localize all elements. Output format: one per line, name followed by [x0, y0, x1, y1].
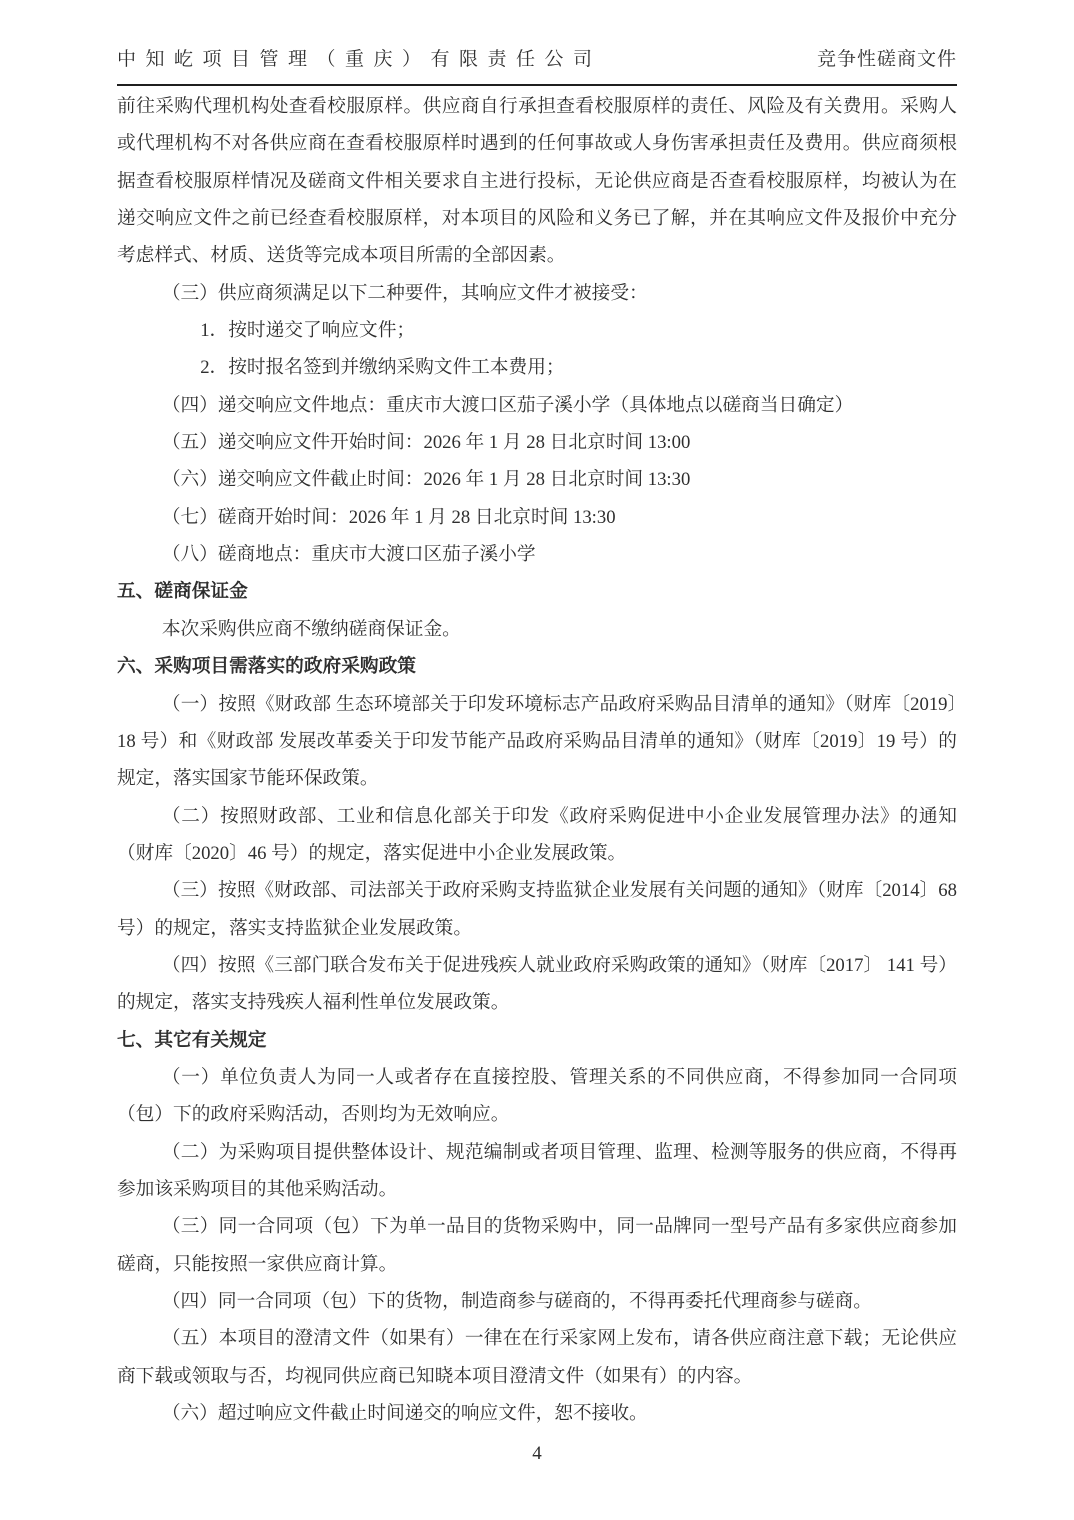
document-page: 中知屹项目管理（重庆）有限责任公司 竞争性磋商文件 前往采购代理机构处查看校服原…: [0, 0, 1074, 1520]
paragraph: （六）递交响应文件截止时间：2026 年 1 月 28 日北京时间 13:30: [117, 461, 957, 498]
paragraph: （五）递交响应文件开始时间：2026 年 1 月 28 日北京时间 13:00: [117, 424, 957, 461]
paragraph: （三）按照《财政部、司法部关于政府采购支持监狱企业发展有关问题的通知》（财库〔2…: [117, 872, 957, 947]
paragraph: （四）按照《三部门联合发布关于促进残疾人就业政府采购政策的通知》（财库〔2017…: [117, 947, 957, 1022]
paragraph: （六）超过响应文件截止时间递交的响应文件，恕不接收。: [117, 1395, 957, 1432]
header-document-type: 竞争性磋商文件: [817, 44, 957, 71]
paragraph: （四）递交响应文件地点：重庆市大渡口区茄子溪小学（具体地点以磋商当日确定）: [117, 387, 957, 424]
paragraph: （一）单位负责人为同一人或者存在直接控股、管理关系的不同供应商，不得参加同一合同…: [117, 1059, 957, 1134]
section-heading: 五、磋商保证金: [117, 573, 957, 610]
document-body: 前往采购代理机构处查看校服原样。供应商自行承担查看校服原样的责任、风险及有关费用…: [117, 88, 957, 1432]
paragraph: （五）本项目的澄清文件（如果有）一律在在行采家网上发布，请各供应商注意下载；无论…: [117, 1320, 957, 1395]
paragraph: （四）同一合同项（包）下的货物，制造商参与磋商的，不得再委托代理商参与磋商。: [117, 1283, 957, 1320]
paragraph: 本次采购供应商不缴纳磋商保证金。: [117, 611, 957, 648]
section-heading: 六、采购项目需落实的政府采购政策: [117, 648, 957, 685]
paragraph: （三）同一合同项（包）下为单一品目的货物采购中，同一品牌同一型号产品有多家供应商…: [117, 1208, 957, 1283]
paragraph: （七）磋商开始时间：2026 年 1 月 28 日北京时间 13:30: [117, 499, 957, 536]
paragraph: （一）按照《财政部 生态环境部关于印发环境标志产品政府采购品目清单的通知》（财库…: [117, 686, 957, 798]
paragraph: （三）供应商须满足以下二种要件，其响应文件才被接受：: [117, 275, 957, 312]
page-number: 4: [0, 1440, 1074, 1468]
paragraph: 2．按时报名签到并缴纳采购文件工本费用；: [117, 349, 957, 386]
paragraph: （二）为采购项目提供整体设计、规范编制或者项目管理、监理、检测等服务的供应商，不…: [117, 1134, 957, 1209]
paragraph: （八）磋商地点：重庆市大渡口区茄子溪小学: [117, 536, 957, 573]
paragraph: 1．按时递交了响应文件；: [117, 312, 957, 349]
paragraph: （二）按照财政部、工业和信息化部关于印发《政府采购促进中小企业发展管理办法》的通…: [117, 798, 957, 873]
paragraph: 前往采购代理机构处查看校服原样。供应商自行承担查看校服原样的责任、风险及有关费用…: [117, 88, 957, 275]
page-header: 中知屹项目管理（重庆）有限责任公司 竞争性磋商文件: [117, 44, 957, 86]
section-heading: 七、其它有关规定: [117, 1022, 957, 1059]
header-company-name: 中知屹项目管理（重庆）有限责任公司: [117, 44, 602, 71]
